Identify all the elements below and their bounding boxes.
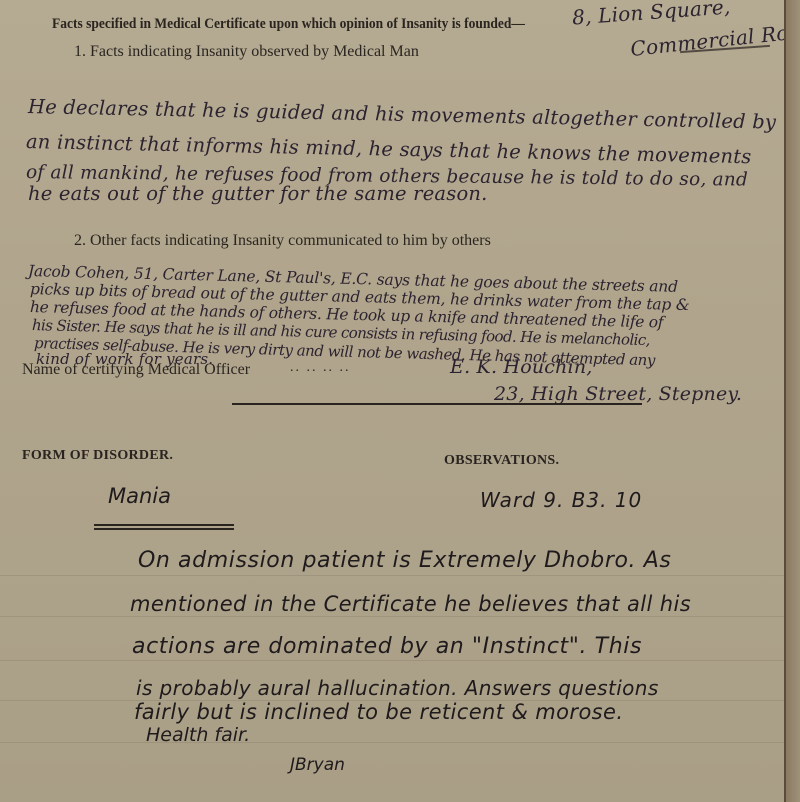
observation-line: fairly but is inclined to be reticent & … [134, 700, 623, 724]
section1-label: 1. Facts indicating Insanity observed by… [74, 43, 419, 61]
officer-name: E. K. Houchin, [450, 356, 593, 378]
patient-address-line1: 8, Lion Square, [571, 0, 731, 29]
officer-leader-dots: .. .. .. .. [290, 360, 351, 376]
ruled-line [0, 660, 786, 661]
ruled-line [0, 742, 786, 743]
observation-line: is probably aural hallucination. Answers… [136, 676, 659, 700]
double-underline [94, 524, 234, 526]
register-page: Facts specified in Medical Certificate u… [0, 0, 786, 802]
certificate-heading: Facts specified in Medical Certificate u… [52, 16, 525, 33]
form-of-disorder-heading: FORM OF DISORDER. [22, 448, 173, 464]
observations-heading: OBSERVATIONS. [444, 453, 559, 469]
section1-line: he eats out of the gutter for the same r… [28, 182, 488, 205]
double-underline [94, 528, 234, 530]
observation-line: mentioned in the Certificate he believes… [130, 592, 691, 616]
observation-line: Health fair. [146, 724, 250, 746]
section-divider [232, 403, 642, 405]
observation-line: actions are dominated by an "Instinct". … [132, 634, 642, 659]
ruled-line [0, 616, 786, 617]
officer-address: 23, High Street, Stepney. [494, 383, 742, 405]
section1-line: He declares that he is guided and his mo… [28, 95, 777, 134]
observation-line: On admission patient is Extremely Dhobro… [138, 548, 671, 573]
ward-reference: Ward 9. B3. 10 [480, 488, 642, 512]
physician-signature: JBryan [290, 755, 345, 775]
form-of-disorder-value: Mania [108, 484, 171, 508]
ruled-line [0, 575, 786, 576]
section2-label: 2. Other facts indicating Insanity commu… [74, 232, 491, 250]
book-edge [786, 0, 800, 802]
officer-label: Name of certifying Medical Officer [22, 361, 250, 379]
